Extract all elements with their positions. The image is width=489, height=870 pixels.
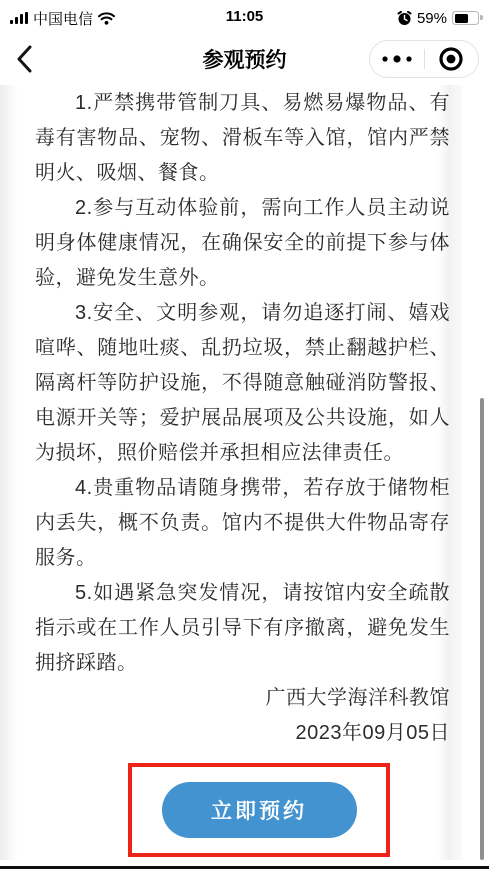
chevron-left-icon xyxy=(16,45,40,73)
notice-paragraph-3: 3.安全、文明参观，请勿追逐打闹、嬉戏喧哗、随地吐痰、乱扔垃圾，禁止翻越护栏、隔… xyxy=(35,296,450,471)
miniprogram-capsule xyxy=(369,40,479,78)
back-button[interactable] xyxy=(16,44,40,74)
alarm-clock-icon xyxy=(397,11,412,26)
status-bar: 中国电信 11:05 59% xyxy=(0,0,489,30)
notice-signature: 广西大学海洋科教馆 xyxy=(35,681,450,716)
notice-paragraph-2: 2.参与互动体验前，需向工作人员主动说明身体健康情况，在确保安全的前提下参与体验… xyxy=(35,191,450,296)
target-circle-icon xyxy=(438,46,464,72)
notice-paragraph-1: 1.严禁携带管制刀具、易燃易爆物品、有毒有害物品、宠物、滑板车等入馆，馆内严禁明… xyxy=(35,86,450,191)
battery-percent-label: 59% xyxy=(417,10,447,27)
red-highlight-annotation: 立即预约 xyxy=(128,763,390,857)
visitor-notice-text: 1.严禁携带管制刀具、易燃易爆物品、有毒有害物品、宠物、滑板车等入馆，馆内严禁明… xyxy=(35,86,450,857)
exit-button[interactable] xyxy=(425,41,479,77)
bottom-border-line xyxy=(0,866,489,869)
status-right-cluster: 59% xyxy=(397,10,479,27)
notice-paragraph-5: 5.如遇紧急突发情况，请按馆内安全疏散指示或在工作人员引导下有序撤离，避免发生拥… xyxy=(35,576,450,681)
more-button[interactable] xyxy=(370,41,424,77)
wifi-icon xyxy=(98,12,115,25)
status-left-cluster: 中国电信 xyxy=(10,8,115,29)
notice-date: 2023年09月05日 xyxy=(35,716,450,751)
carrier-label: 中国电信 xyxy=(33,8,93,29)
notice-paragraph-4: 4.贵重物品请随身携带，若存放于储物柜内丢失，概不负责。馆内不提供大件物品寄存服… xyxy=(35,471,450,576)
book-now-button[interactable]: 立即预约 xyxy=(162,782,357,838)
content-left-edge-shade xyxy=(0,85,18,860)
nav-bar: 参观预约 xyxy=(0,30,489,85)
more-dots-icon xyxy=(380,53,414,65)
scrollbar-thumb[interactable] xyxy=(480,398,484,860)
battery-icon xyxy=(452,11,479,25)
signal-bars-icon xyxy=(10,12,28,24)
